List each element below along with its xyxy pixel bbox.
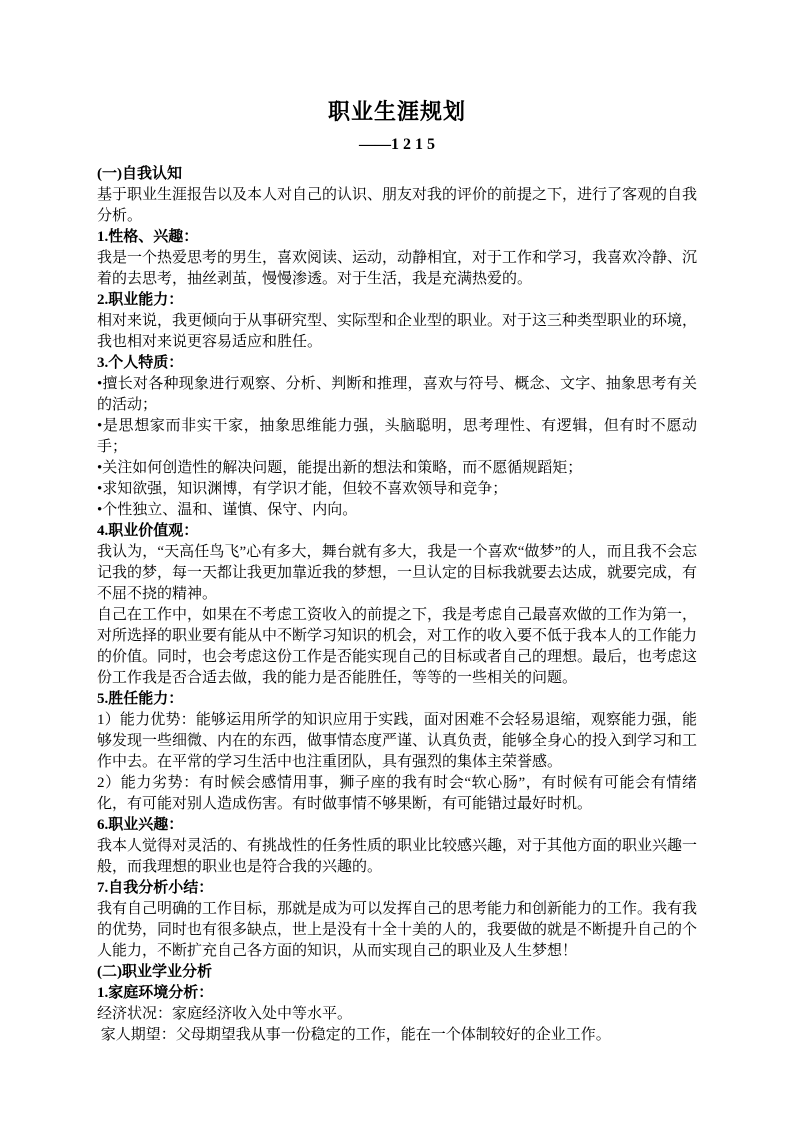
subsection-heading: 5.胜任能力： xyxy=(97,689,697,710)
paragraph: 基于职业生涯报告以及本人对自己的认识、朋友对我的评价的前提之下，进行了客观的自我… xyxy=(97,185,697,227)
bullet-item: •个性独立、温和、谨慎、保守、内向。 xyxy=(97,500,697,521)
subsection-heading: 6.职业兴趣： xyxy=(97,815,697,836)
paragraph: 我有自己明确的工作目标，那就是成为可以发挥自己的思考能力和创新能力的工作。我有我… xyxy=(97,899,697,962)
subsection-heading: 1.家庭环境分析： xyxy=(97,983,697,1004)
subsection-heading: 4.职业价值观： xyxy=(97,521,697,542)
paragraph: 2）能力劣势：有时候会感情用事，狮子座的我有时会“软心肠”，有时候有可能会有情绪… xyxy=(97,773,697,815)
subsection-heading: 1.性格、兴趣： xyxy=(97,227,697,248)
document-body: (一)自我认知基于职业生涯报告以及本人对自己的认识、朋友对我的评价的前提之下，进… xyxy=(97,164,697,1046)
document-title: 职业生涯规划 xyxy=(97,98,697,126)
paragraph: 我认为，“天高任鸟飞”心有多大，舞台就有多大，我是一个喜欢“做梦”的人，而且我不… xyxy=(97,542,697,605)
subsection-heading: 7.自我分析小结： xyxy=(97,878,697,899)
paragraph: 相对来说，我更倾向于从事研究型、实际型和企业型的职业。对于这三种类型职业的环境，… xyxy=(97,311,697,353)
subsection-heading: 2.职业能力： xyxy=(97,290,697,311)
section-heading: (一)自我认知 xyxy=(97,164,697,185)
document-subtitle: ——1 2 1 5 xyxy=(97,135,697,155)
paragraph: 我本人觉得对灵活的、有挑战性的任务性质的职业比较感兴趣，对于其他方面的职业兴趣一… xyxy=(97,836,697,878)
paragraph: 1）能力优势：能够运用所学的知识应用于实践，面对困难不会轻易退缩，观察能力强，能… xyxy=(97,710,697,773)
bullet-item: •擅长对各种现象进行观察、分析、判断和推理，喜欢与符号、概念、文字、抽象思考有关… xyxy=(97,374,697,416)
paragraph: 经济状况：家庭经济收入处中等水平。 xyxy=(97,1004,697,1025)
bullet-item: •是思想家而非实干家，抽象思维能力强，头脑聪明，思考理性、有逻辑，但有时不愿动手… xyxy=(97,416,697,458)
paragraph: 自己在工作中，如果在不考虑工资收入的前提之下，我是考虑自己最喜欢做的工作为第一，… xyxy=(97,605,697,689)
paragraph: 家人期望：父母期望我从事一份稳定的工作，能在一个体制较好的企业工作。 xyxy=(97,1025,697,1046)
bullet-item: •关注如何创造性的解决问题，能提出新的想法和策略，而不愿循规蹈矩； xyxy=(97,458,697,479)
paragraph: 我是一个热爱思考的男生，喜欢阅读、运动，动静相宜，对于工作和学习，我喜欢冷静、沉… xyxy=(97,248,697,290)
document-page: 职业生涯规划 ——1 2 1 5 (一)自我认知基于职业生涯报告以及本人对自己的… xyxy=(0,0,793,1122)
section-heading: (二)职业学业分析 xyxy=(97,962,697,983)
subsection-heading: 3.个人特质： xyxy=(97,353,697,374)
bullet-item: •求知欲强，知识渊博，有学识才能，但较不喜欢领导和竞争； xyxy=(97,479,697,500)
